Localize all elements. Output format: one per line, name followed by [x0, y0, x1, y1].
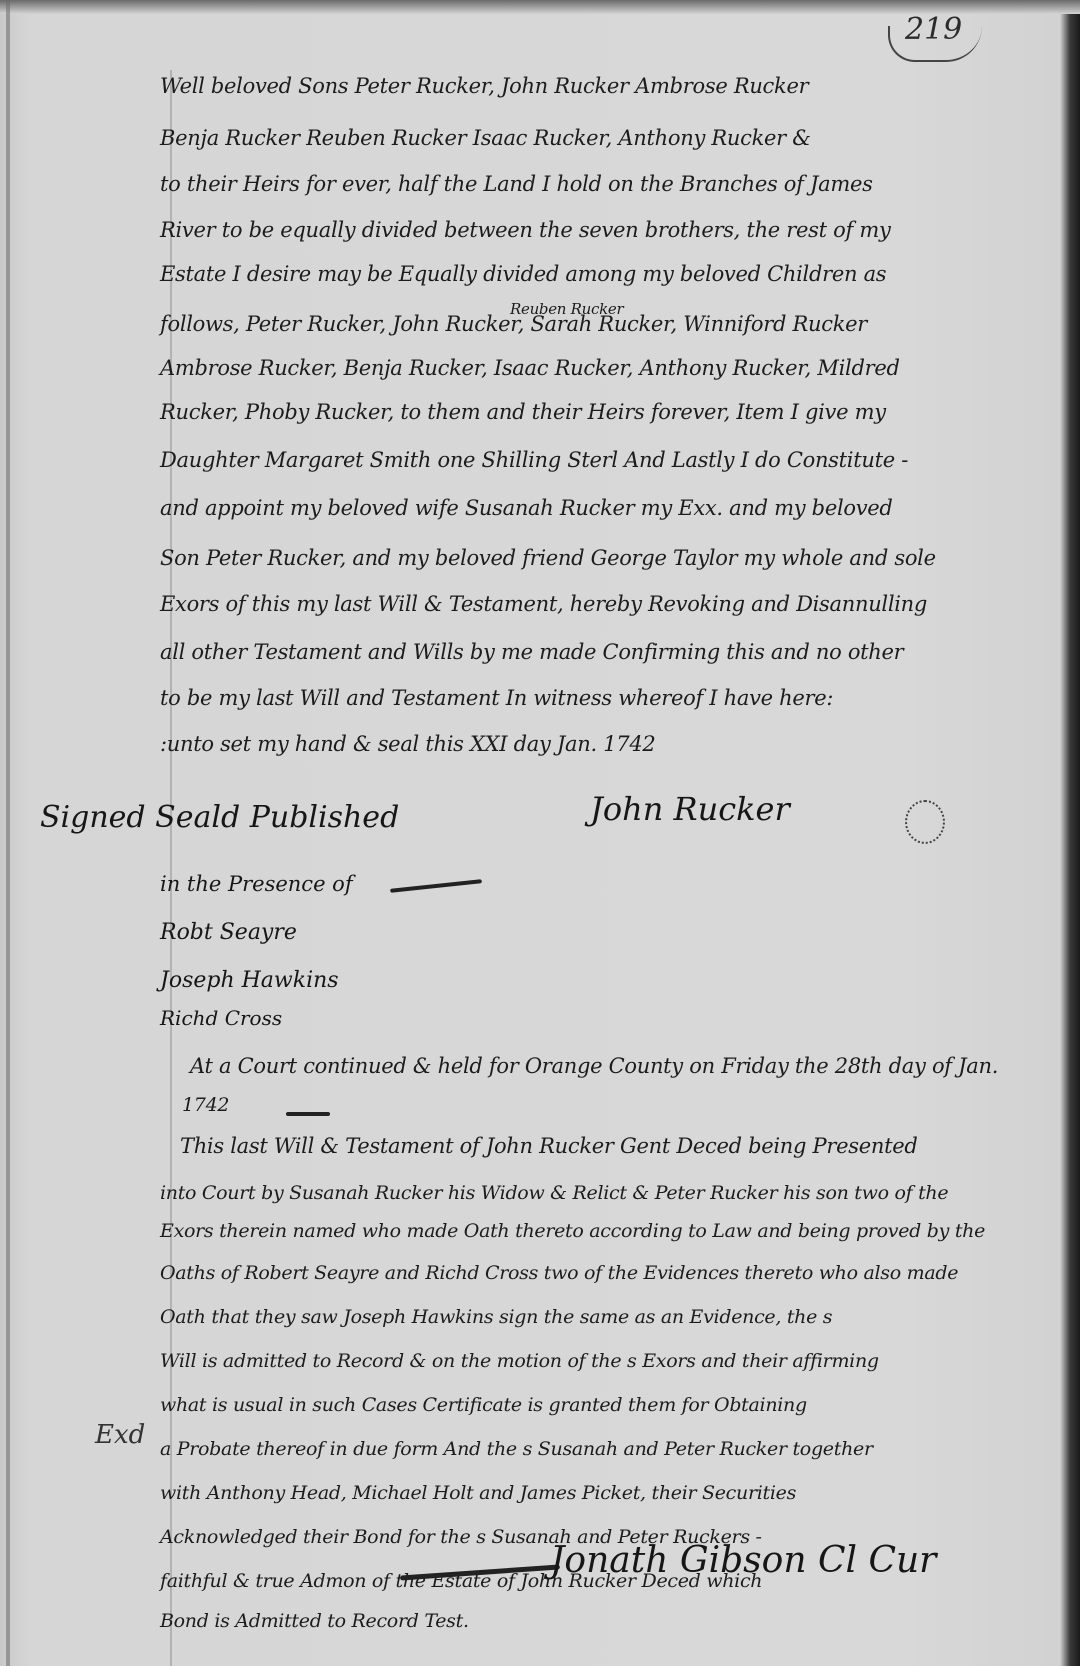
- will-line: to be my last Will and Testament In witn…: [160, 686, 833, 710]
- pen-flourish: [390, 879, 482, 893]
- court-opening: At a Court continued & held for Orange C…: [190, 1054, 998, 1078]
- court-line: Bond is Admitted to Record Test.: [160, 1610, 469, 1632]
- will-line: Well beloved Sons Peter Rucker, John Ruc…: [160, 74, 808, 98]
- court-line: Exors therein named who made Oath theret…: [160, 1220, 985, 1242]
- court-line: This last Will & Testament of John Rucke…: [180, 1134, 917, 1158]
- court-line: with Anthony Head, Michael Holt and Jame…: [160, 1482, 796, 1504]
- court-line: Will is admitted to Record & on the moti…: [160, 1350, 879, 1372]
- court-line: into Court by Susanah Rucker his Widow &…: [160, 1182, 948, 1204]
- will-line: Estate I desire may be Equally divided a…: [160, 262, 886, 286]
- will-line: Daughter Margaret Smith one Shilling Ste…: [160, 448, 908, 472]
- margin-rule-line: [170, 70, 172, 1666]
- will-line: :unto set my hand & seal this XXI day Ja…: [160, 732, 656, 756]
- will-line: Rucker, Phoby Rucker, to them and their …: [160, 400, 886, 424]
- margin-note: Exd: [95, 1420, 145, 1450]
- will-line: and appoint my beloved wife Susanah Ruck…: [160, 496, 893, 520]
- court-line: Oaths of Robert Seayre and Richd Cross t…: [160, 1262, 958, 1284]
- page-number: 219: [905, 12, 962, 47]
- will-line: Exors of this my last Will & Testament, …: [160, 592, 927, 616]
- will-line: to their Heirs for ever, half the Land I…: [160, 172, 873, 196]
- seal-mark: [905, 800, 945, 844]
- interlineation: Reuben Rucker: [510, 300, 623, 318]
- witness-name: Robt Seayre: [160, 920, 297, 945]
- document-page: 219 Well beloved Sons Peter Rucker, John…: [0, 0, 1080, 1666]
- page-binding-edge: [6, 0, 10, 1666]
- court-line: Oath that they saw Joseph Hawkins sign t…: [160, 1306, 832, 1328]
- attestation-heading: Signed Seald Published: [40, 800, 399, 835]
- will-line: River to be equally divided between the …: [160, 218, 891, 242]
- court-year: 1742: [182, 1094, 229, 1116]
- will-line: Son Peter Rucker, and my beloved friend …: [160, 546, 936, 570]
- witness-name: Joseph Hawkins: [160, 968, 339, 993]
- witness-name: Richd Cross: [160, 1006, 282, 1030]
- clerk-signature: Jonath Gibson Cl Cur: [550, 1540, 936, 1581]
- will-line: all other Testament and Wills by me made…: [160, 640, 903, 664]
- pen-flourish: [286, 1112, 330, 1116]
- will-line: Ambrose Rucker, Benja Rucker, Isaac Ruck…: [160, 356, 900, 380]
- testator-signature: John Rucker: [590, 790, 790, 828]
- will-line: Benja Rucker Reuben Rucker Isaac Rucker,…: [160, 126, 811, 150]
- court-line: a Probate thereof in due form And the s …: [160, 1438, 873, 1460]
- court-line: what is usual in such Cases Certificate …: [160, 1394, 807, 1416]
- attestation-subheading: in the Presence of: [160, 872, 353, 896]
